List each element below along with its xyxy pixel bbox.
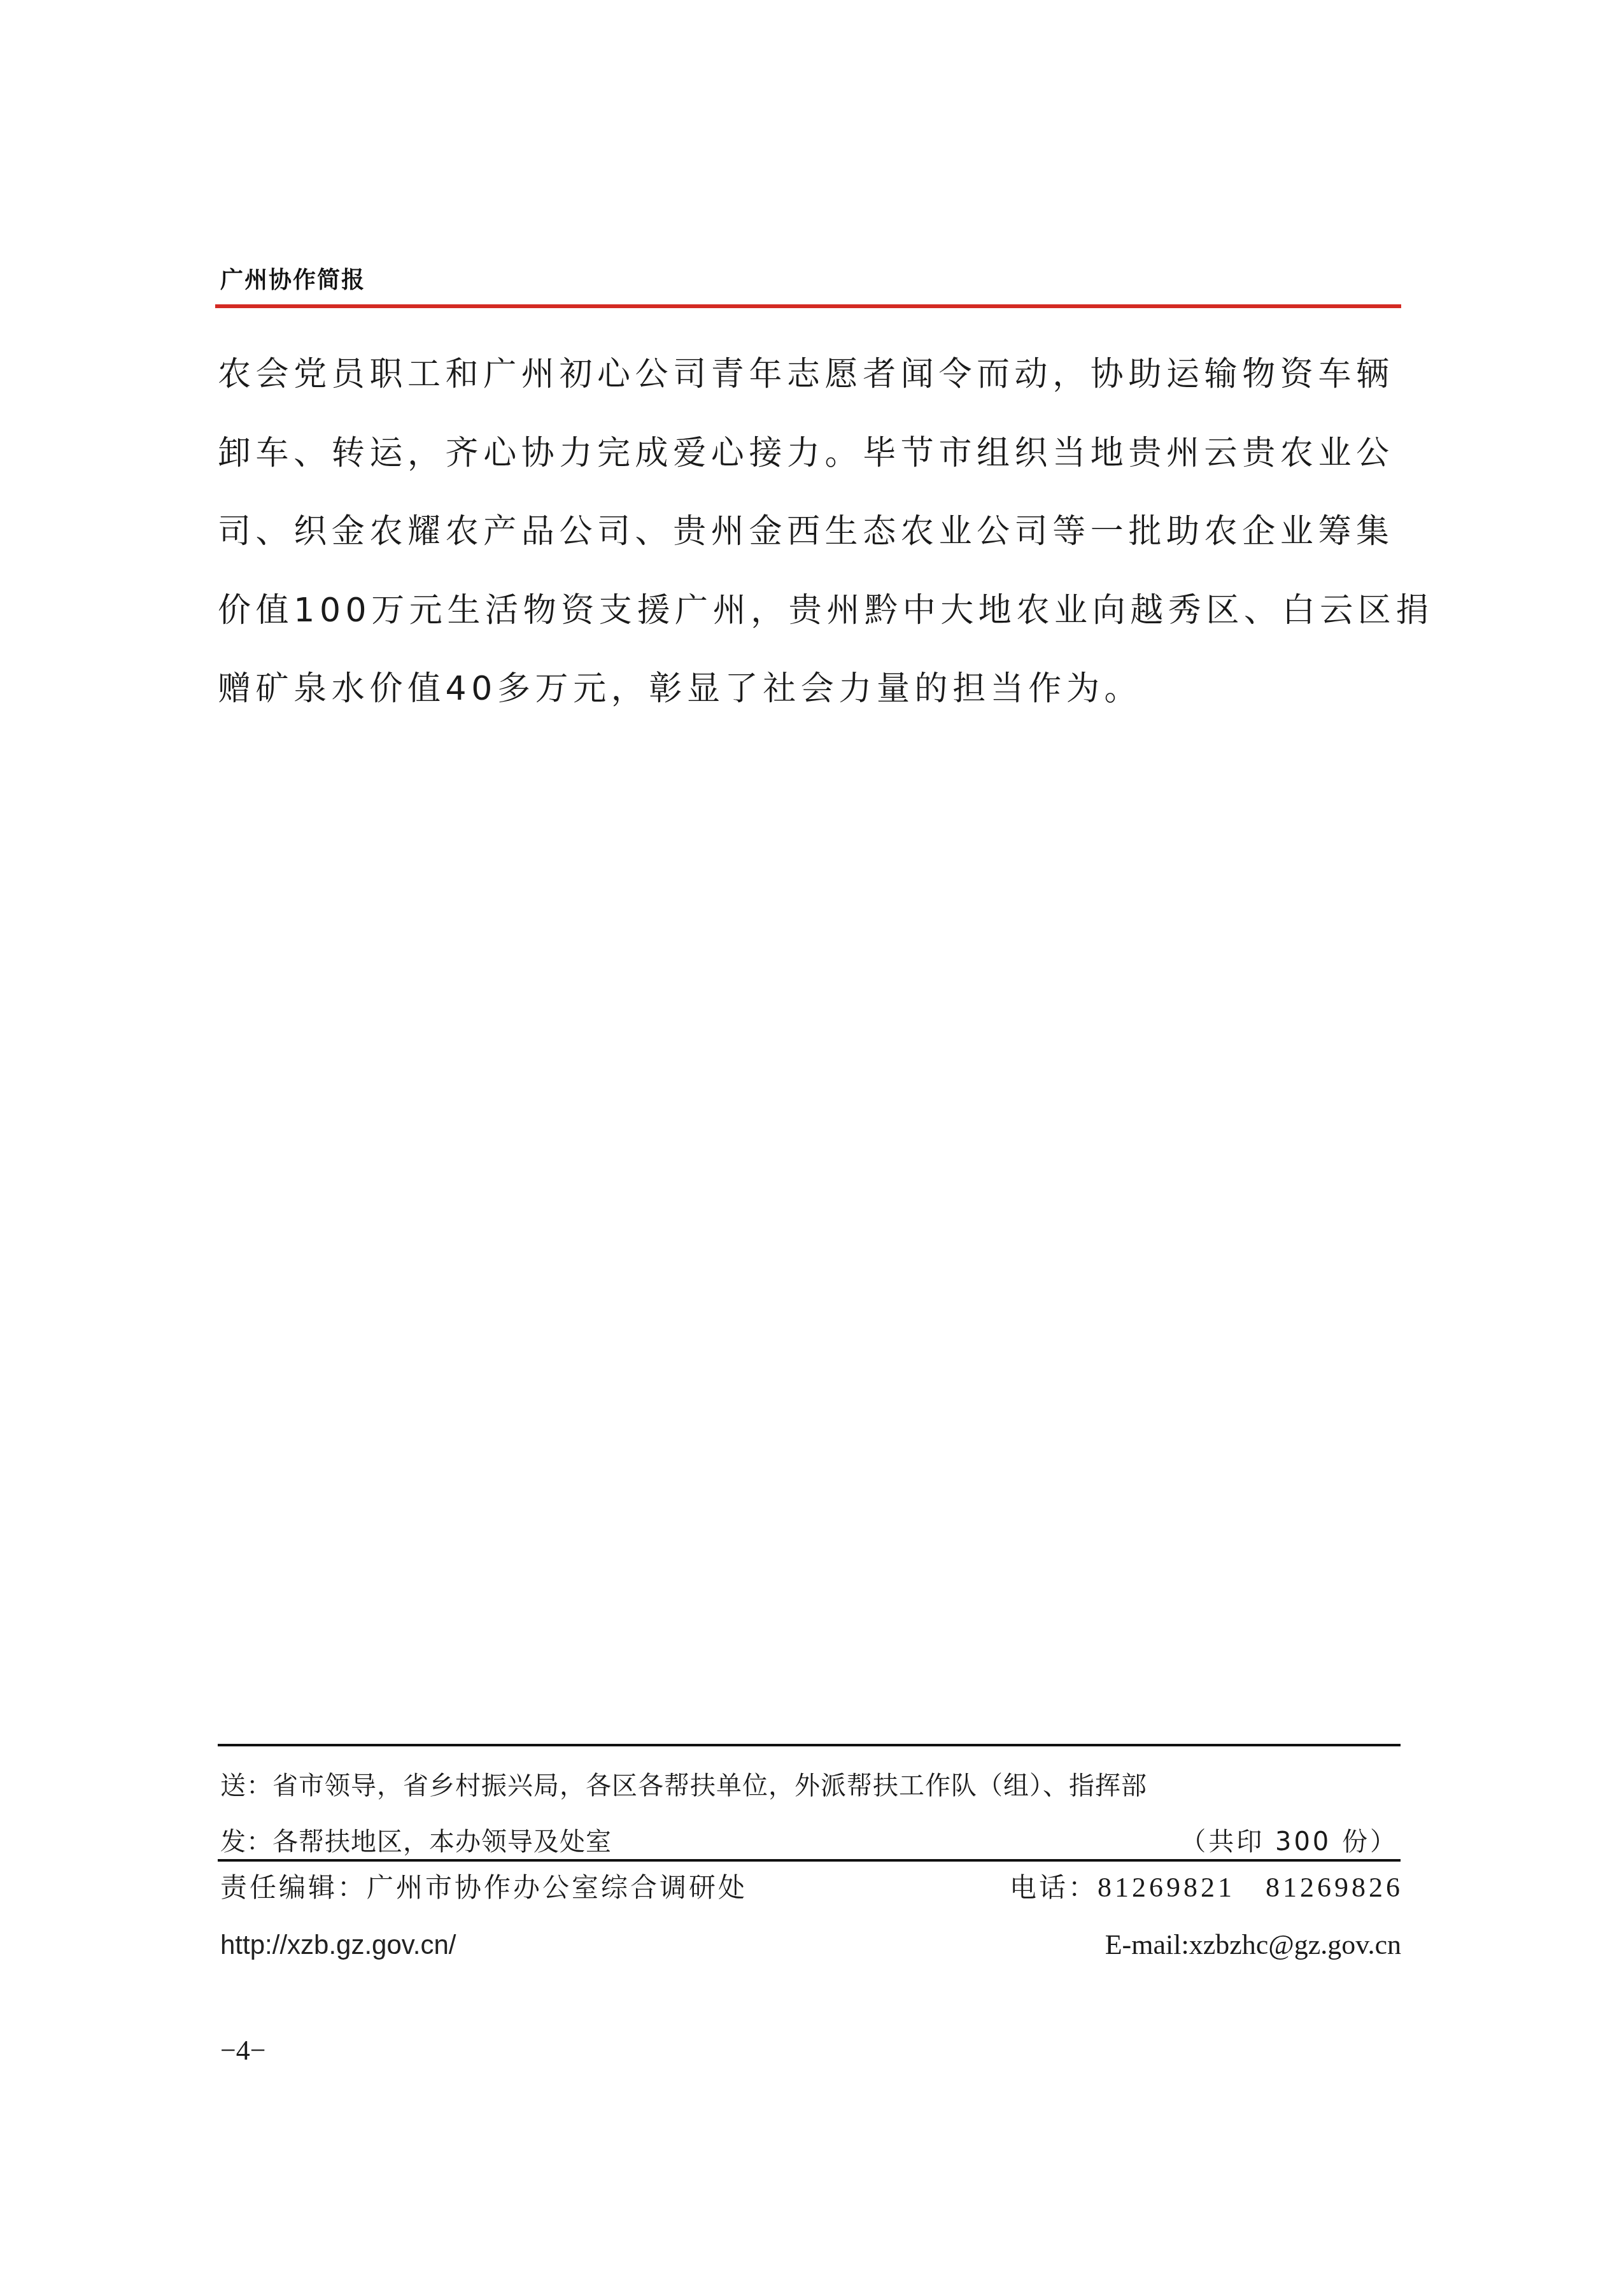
distribute-to-recipients: 发：各帮扶地区，本办领导及处室: [220, 1826, 612, 1858]
document-page: 广州协作简报 农会党员职工和广州初心公司青年志愿者闻令而动，协助运输物资车辆 卸…: [0, 0, 1624, 2278]
email-link[interactable]: E-mail:xzbzhc@gz.gov.cn: [1105, 1929, 1401, 1961]
page-number: −4−: [220, 2035, 266, 2067]
responsible-editor: 责任编辑：广州市协作办公室综合调研处: [220, 1872, 747, 1904]
footer-middle-rule: [218, 1859, 1401, 1862]
contact-phone: 电话：81269821 81269826: [1010, 1872, 1403, 1904]
body-line: 价值100万元生活物资支援广州，贵州黔中大地农业向越秀区、白云区捐: [218, 586, 1408, 665]
body-line: 农会党员职工和广州初心公司青年志愿者闻令而动，协助运输物资车辆: [218, 350, 1408, 429]
header-red-rule: [215, 304, 1401, 308]
body-paragraph: 农会党员职工和广州初心公司青年志愿者闻令而动，协助运输物资车辆 卸车、转运，齐心…: [218, 350, 1408, 744]
body-line: 司、织金农耀农产品公司、贵州金西生态农业公司等一批助农企业筹集: [218, 507, 1408, 586]
phone-numbers: 81269821 81269826: [1098, 1872, 1403, 1903]
bulletin-header-title: 广州协作简报: [220, 266, 365, 294]
footer-top-rule: [218, 1744, 1401, 1746]
body-line: 赠矿泉水价值40多万元，彰显了社会力量的担当作为。: [218, 665, 1408, 744]
body-line: 卸车、转运，齐心协力完成爱心接力。毕节市组织当地贵州云贵农业公: [218, 429, 1408, 508]
phone-label: 电话：: [1010, 1872, 1098, 1903]
print-copies-count: （共印 300 份）: [1180, 1826, 1398, 1858]
website-link[interactable]: http://xzb.gz.gov.cn/: [220, 1929, 456, 1961]
send-to-recipients: 送：省市领导，省乡村振兴局，各区各帮扶单位，外派帮扶工作队（组）、指挥部: [220, 1770, 1147, 1802]
